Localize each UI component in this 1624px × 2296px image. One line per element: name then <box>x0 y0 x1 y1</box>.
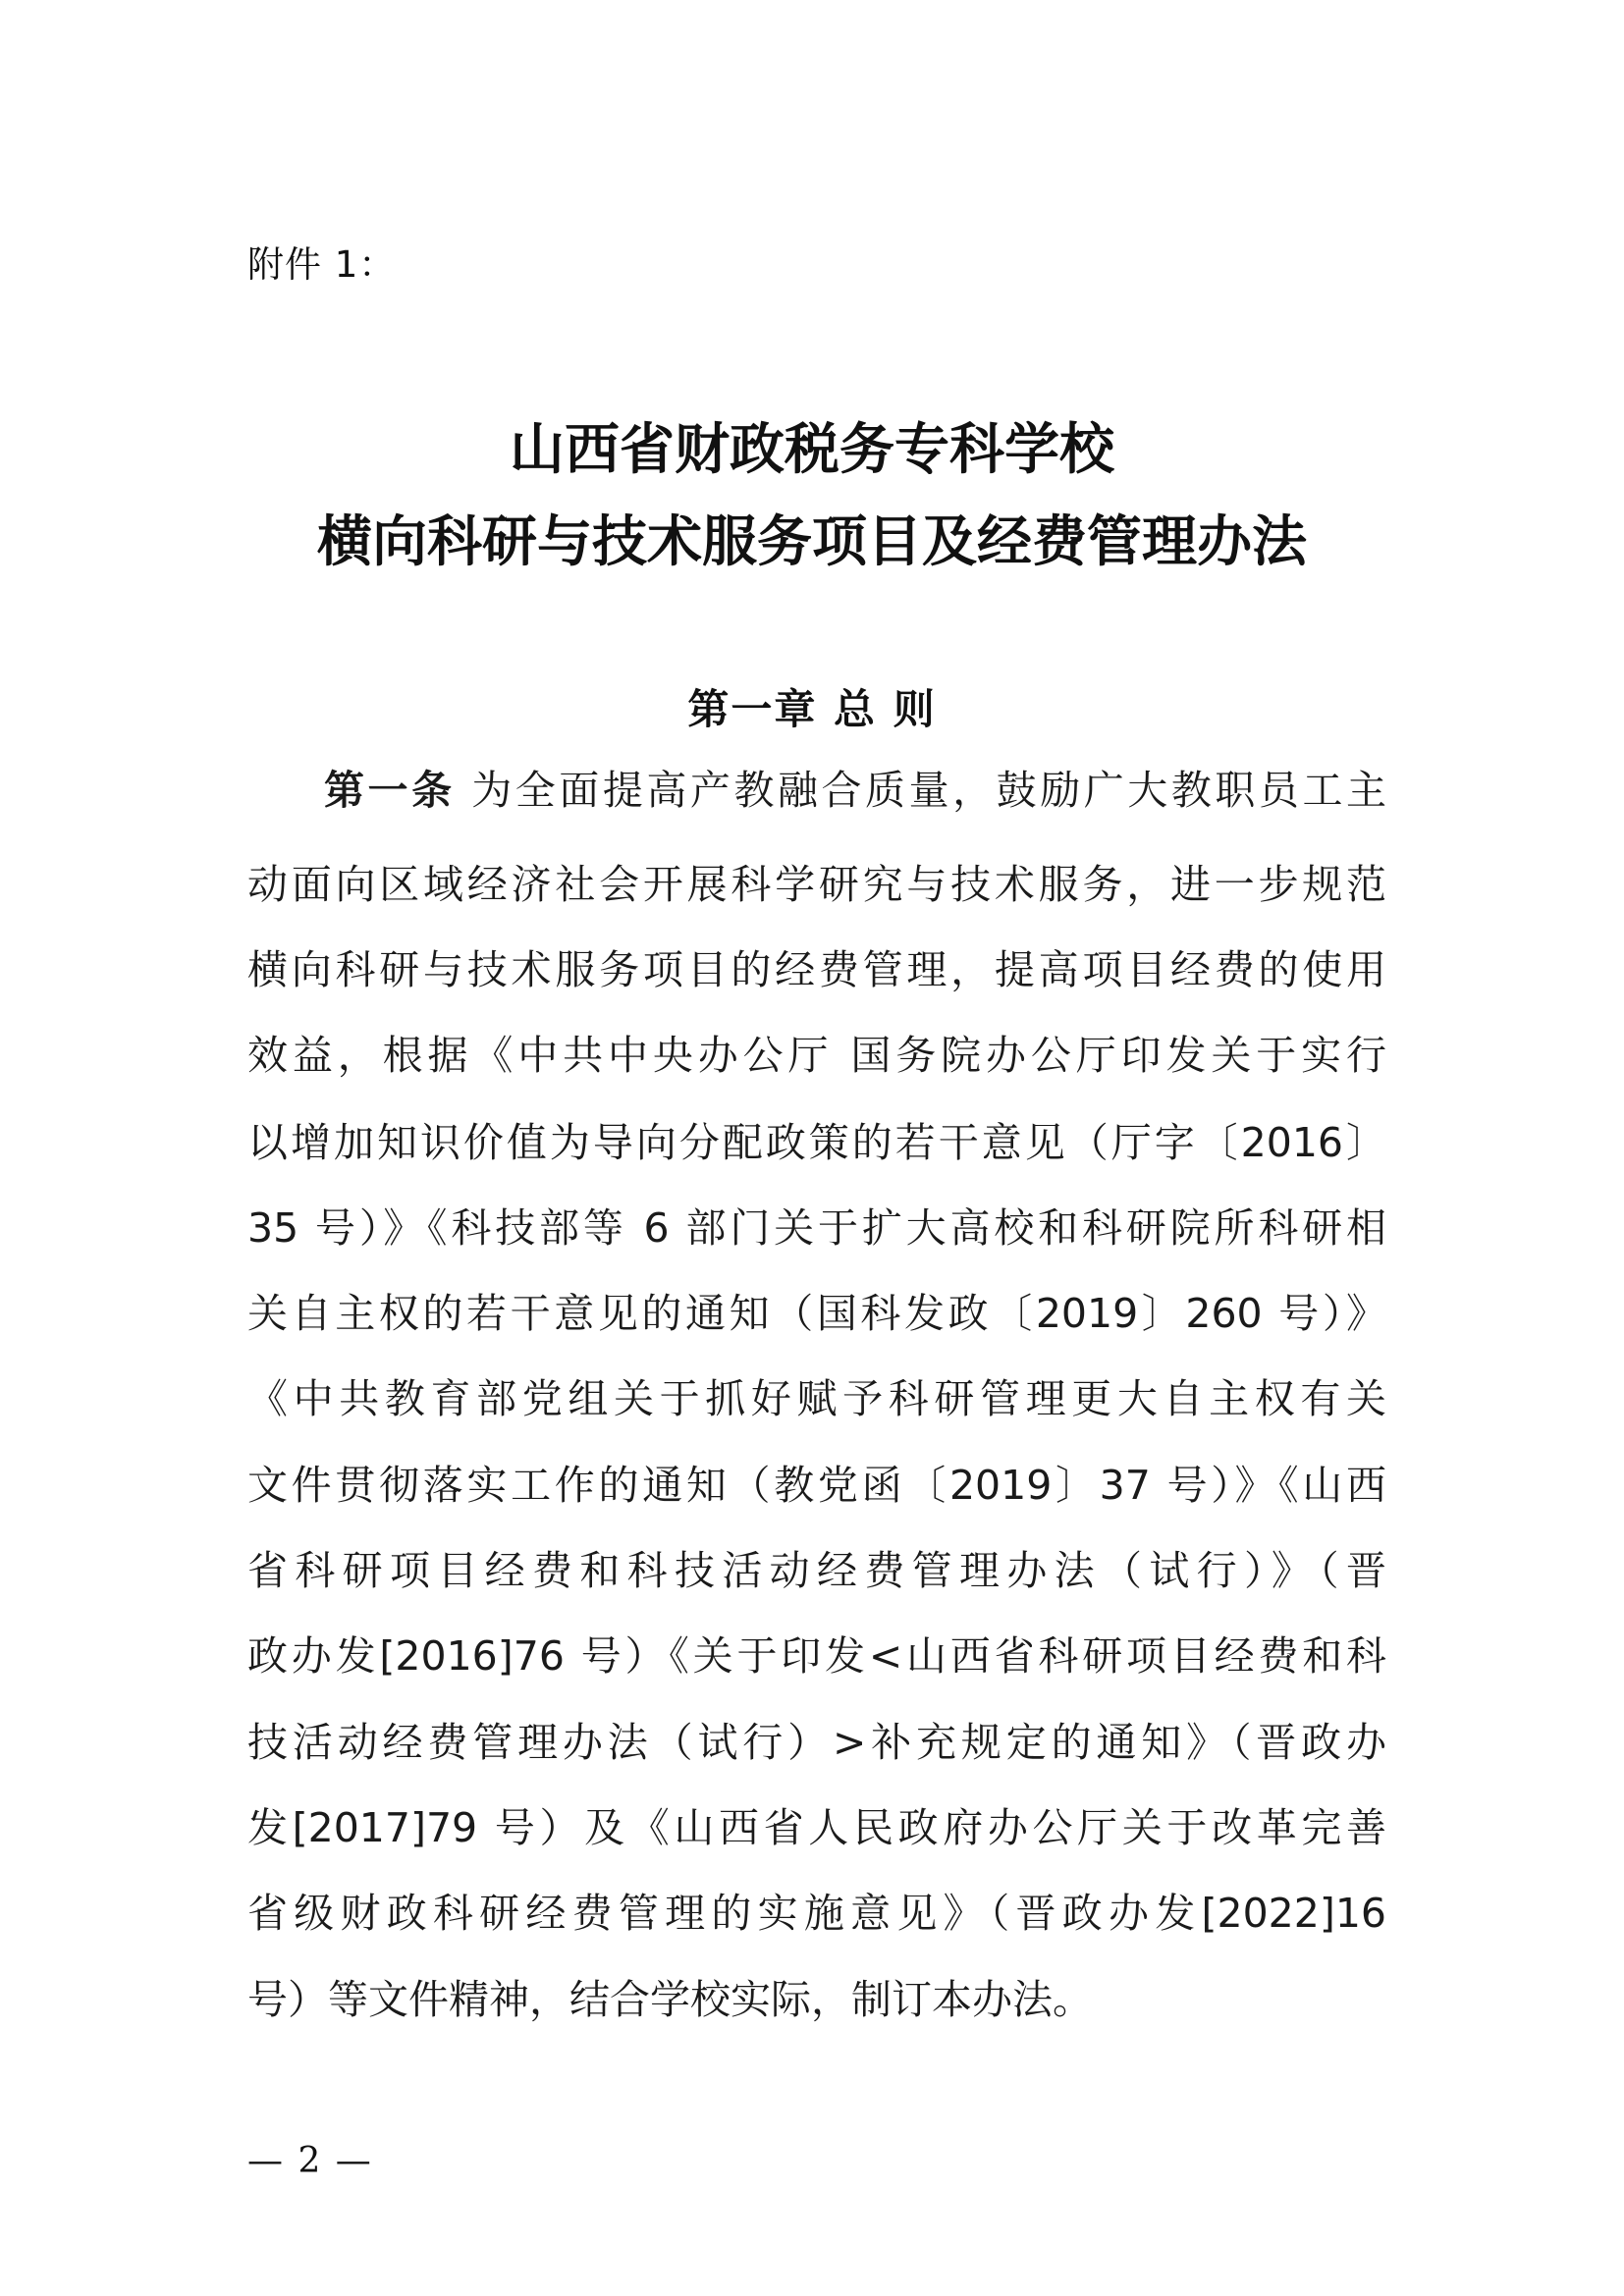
article-1-line: 技活动经费管理办法（试行）>补充规定的通知》（晋政办 <box>247 1716 1386 1769</box>
document-title-line-1: 山西省财政税务专科学校 <box>245 415 1379 484</box>
chapter-heading: 第一章 总 则 <box>245 682 1379 737</box>
article-1-line: 省科研项目经费和科技活动经费管理办法（试行）》（晋 <box>247 1544 1386 1597</box>
article-1-line: 《中共教育部党组关于抓好赋予科研管理更大自主权有关 <box>247 1372 1386 1425</box>
attachment-label: 附件 1： <box>247 243 396 287</box>
article-1-line: 效益，根据《中共中央办公厅 国务院办公厅印发关于实行 <box>247 1029 1386 1082</box>
article-1-line: 动面向区域经济社会开展科学研究与技术服务，进一步规范 <box>247 858 1386 911</box>
article-1-line: 关自主权的若干意见的通知（国科发政〔2019〕260 号）》 <box>247 1287 1386 1340</box>
article-1-line: 号）等文件精神，结合学校实际，制订本办法。 <box>247 1973 1386 2026</box>
article-1-line: 以增加知识价值为导向分配政策的若干意见（厅字〔2016〕 <box>247 1116 1386 1169</box>
article-1-line: 省级财政科研经费管理的实施意见》（晋政办发[2022]16 <box>247 1887 1386 1940</box>
article-1-line: 横向科研与技术服务项目的经费管理，提高项目经费的使用 <box>247 943 1386 996</box>
article-1-line: 发[2017]79 号）及《山西省人民政府办公厅关于改革完善 <box>247 1801 1386 1854</box>
document-title-line-2: 横向科研与技术服务项目及经费管理办法 <box>245 507 1379 576</box>
article-1-line: 35 号）》《科技部等 6 部门关于扩大高校和科研院所科研相 <box>247 1201 1386 1255</box>
article-text: 为全面提高产教融合质量，鼓励广大教职员工主 <box>456 767 1386 814</box>
article-1-line: 政办发[2016]76 号）《关于印发<山西省科研项目经费和科 <box>247 1629 1386 1682</box>
article-1-line: 文件贯彻落实工作的通知（教党函〔2019〕37 号）》《山西 <box>247 1459 1386 1512</box>
article-label: 第一条 <box>324 767 456 814</box>
page-number: — 2 — <box>247 2140 373 2183</box>
article-1-line: 第一条 为全面提高产教融合质量，鼓励广大教职员工主 <box>324 764 1386 817</box>
